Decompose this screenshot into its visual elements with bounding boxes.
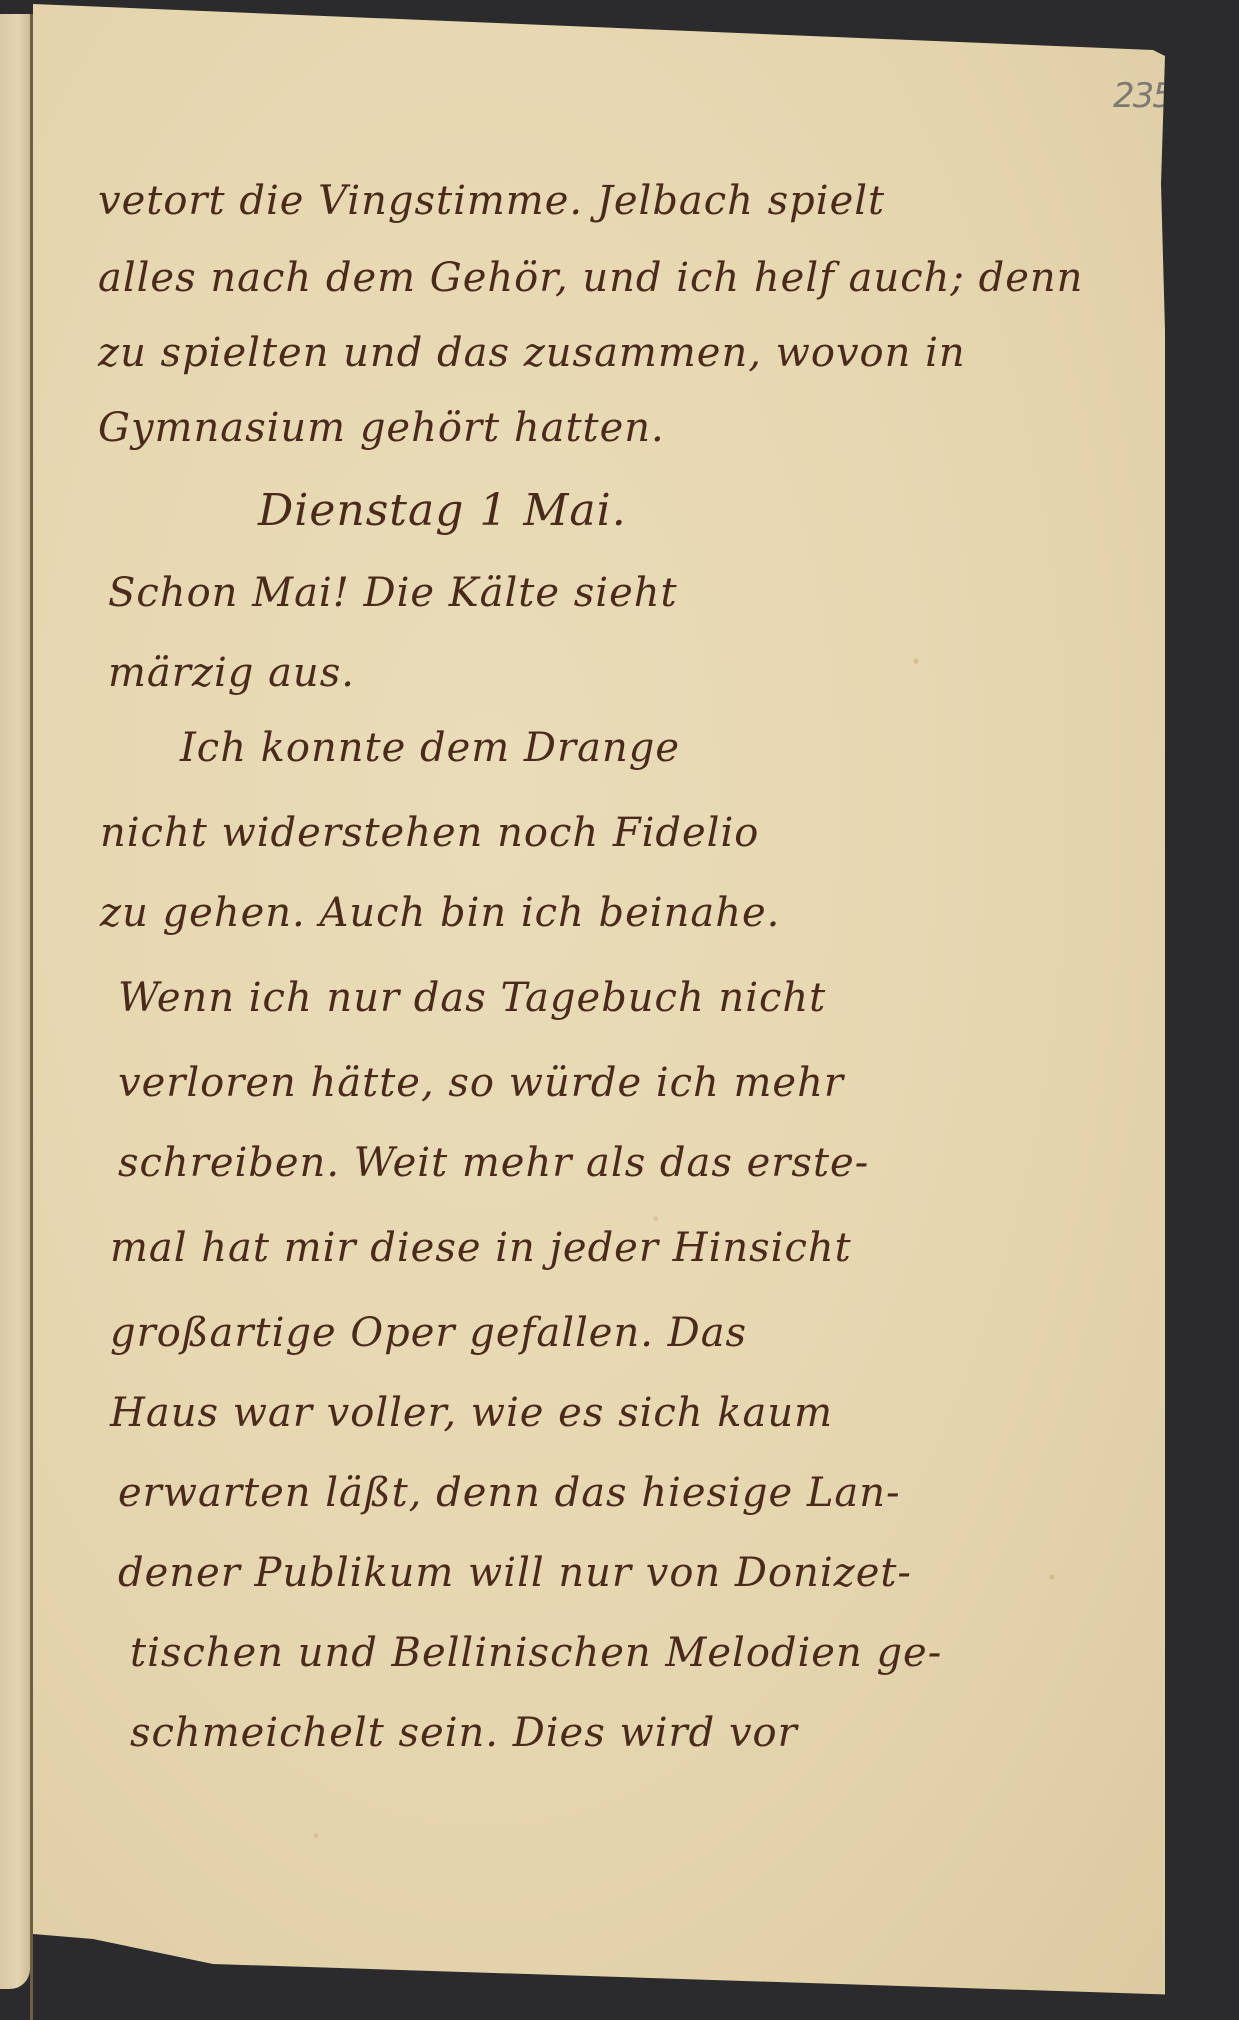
text-line: nicht widerstehen noch Fidelio bbox=[100, 810, 759, 856]
manuscript-page: 235 vetort die Vingstimme. Jelbach spiel… bbox=[33, 4, 1165, 1995]
text-line: verloren hätte, so würde ich mehr bbox=[118, 1060, 844, 1106]
text-line: schreiben. Weit mehr als das erste- bbox=[118, 1140, 869, 1186]
text-line: Schon Mai! Die Kälte sieht bbox=[108, 570, 678, 616]
text-line: Wenn ich nur das Tagebuch nicht bbox=[118, 975, 826, 1021]
text-line: Haus war voller, wie es sich kaum bbox=[110, 1390, 833, 1436]
text-line: märzig aus. bbox=[108, 650, 355, 696]
text-line: dener Publikum will nur von Donizet- bbox=[118, 1550, 912, 1596]
text-line: tischen und Bellinischen Melodien ge- bbox=[130, 1630, 942, 1676]
text-line: großartige Oper gefallen. Das bbox=[110, 1310, 747, 1356]
text-line: schmeichelt sein. Dies wird vor bbox=[130, 1710, 798, 1756]
text-line: zu gehen. Auch bin ich beinahe. bbox=[100, 890, 780, 936]
text-line: erwarten läßt, denn das hiesige Lan- bbox=[118, 1470, 901, 1516]
text-line: zu spielten und das zusammen, wovon in bbox=[98, 330, 966, 376]
entry-date-heading: Dienstag 1 Mai. bbox=[258, 485, 627, 536]
page-number: 235 bbox=[1113, 76, 1172, 116]
text-line: vetort die Vingstimme. Jelbach spielt bbox=[98, 178, 885, 224]
book-spine bbox=[30, 14, 33, 2020]
text-line: Gymnasium gehört hatten. bbox=[98, 405, 665, 451]
facing-page-edge bbox=[0, 14, 30, 1989]
text-line: mal hat mir diese in jeder Hinsicht bbox=[110, 1225, 852, 1271]
text-line: Ich konnte dem Drange bbox=[180, 725, 680, 771]
text-line: alles nach dem Gehör, und ich helf auch;… bbox=[98, 255, 1083, 301]
